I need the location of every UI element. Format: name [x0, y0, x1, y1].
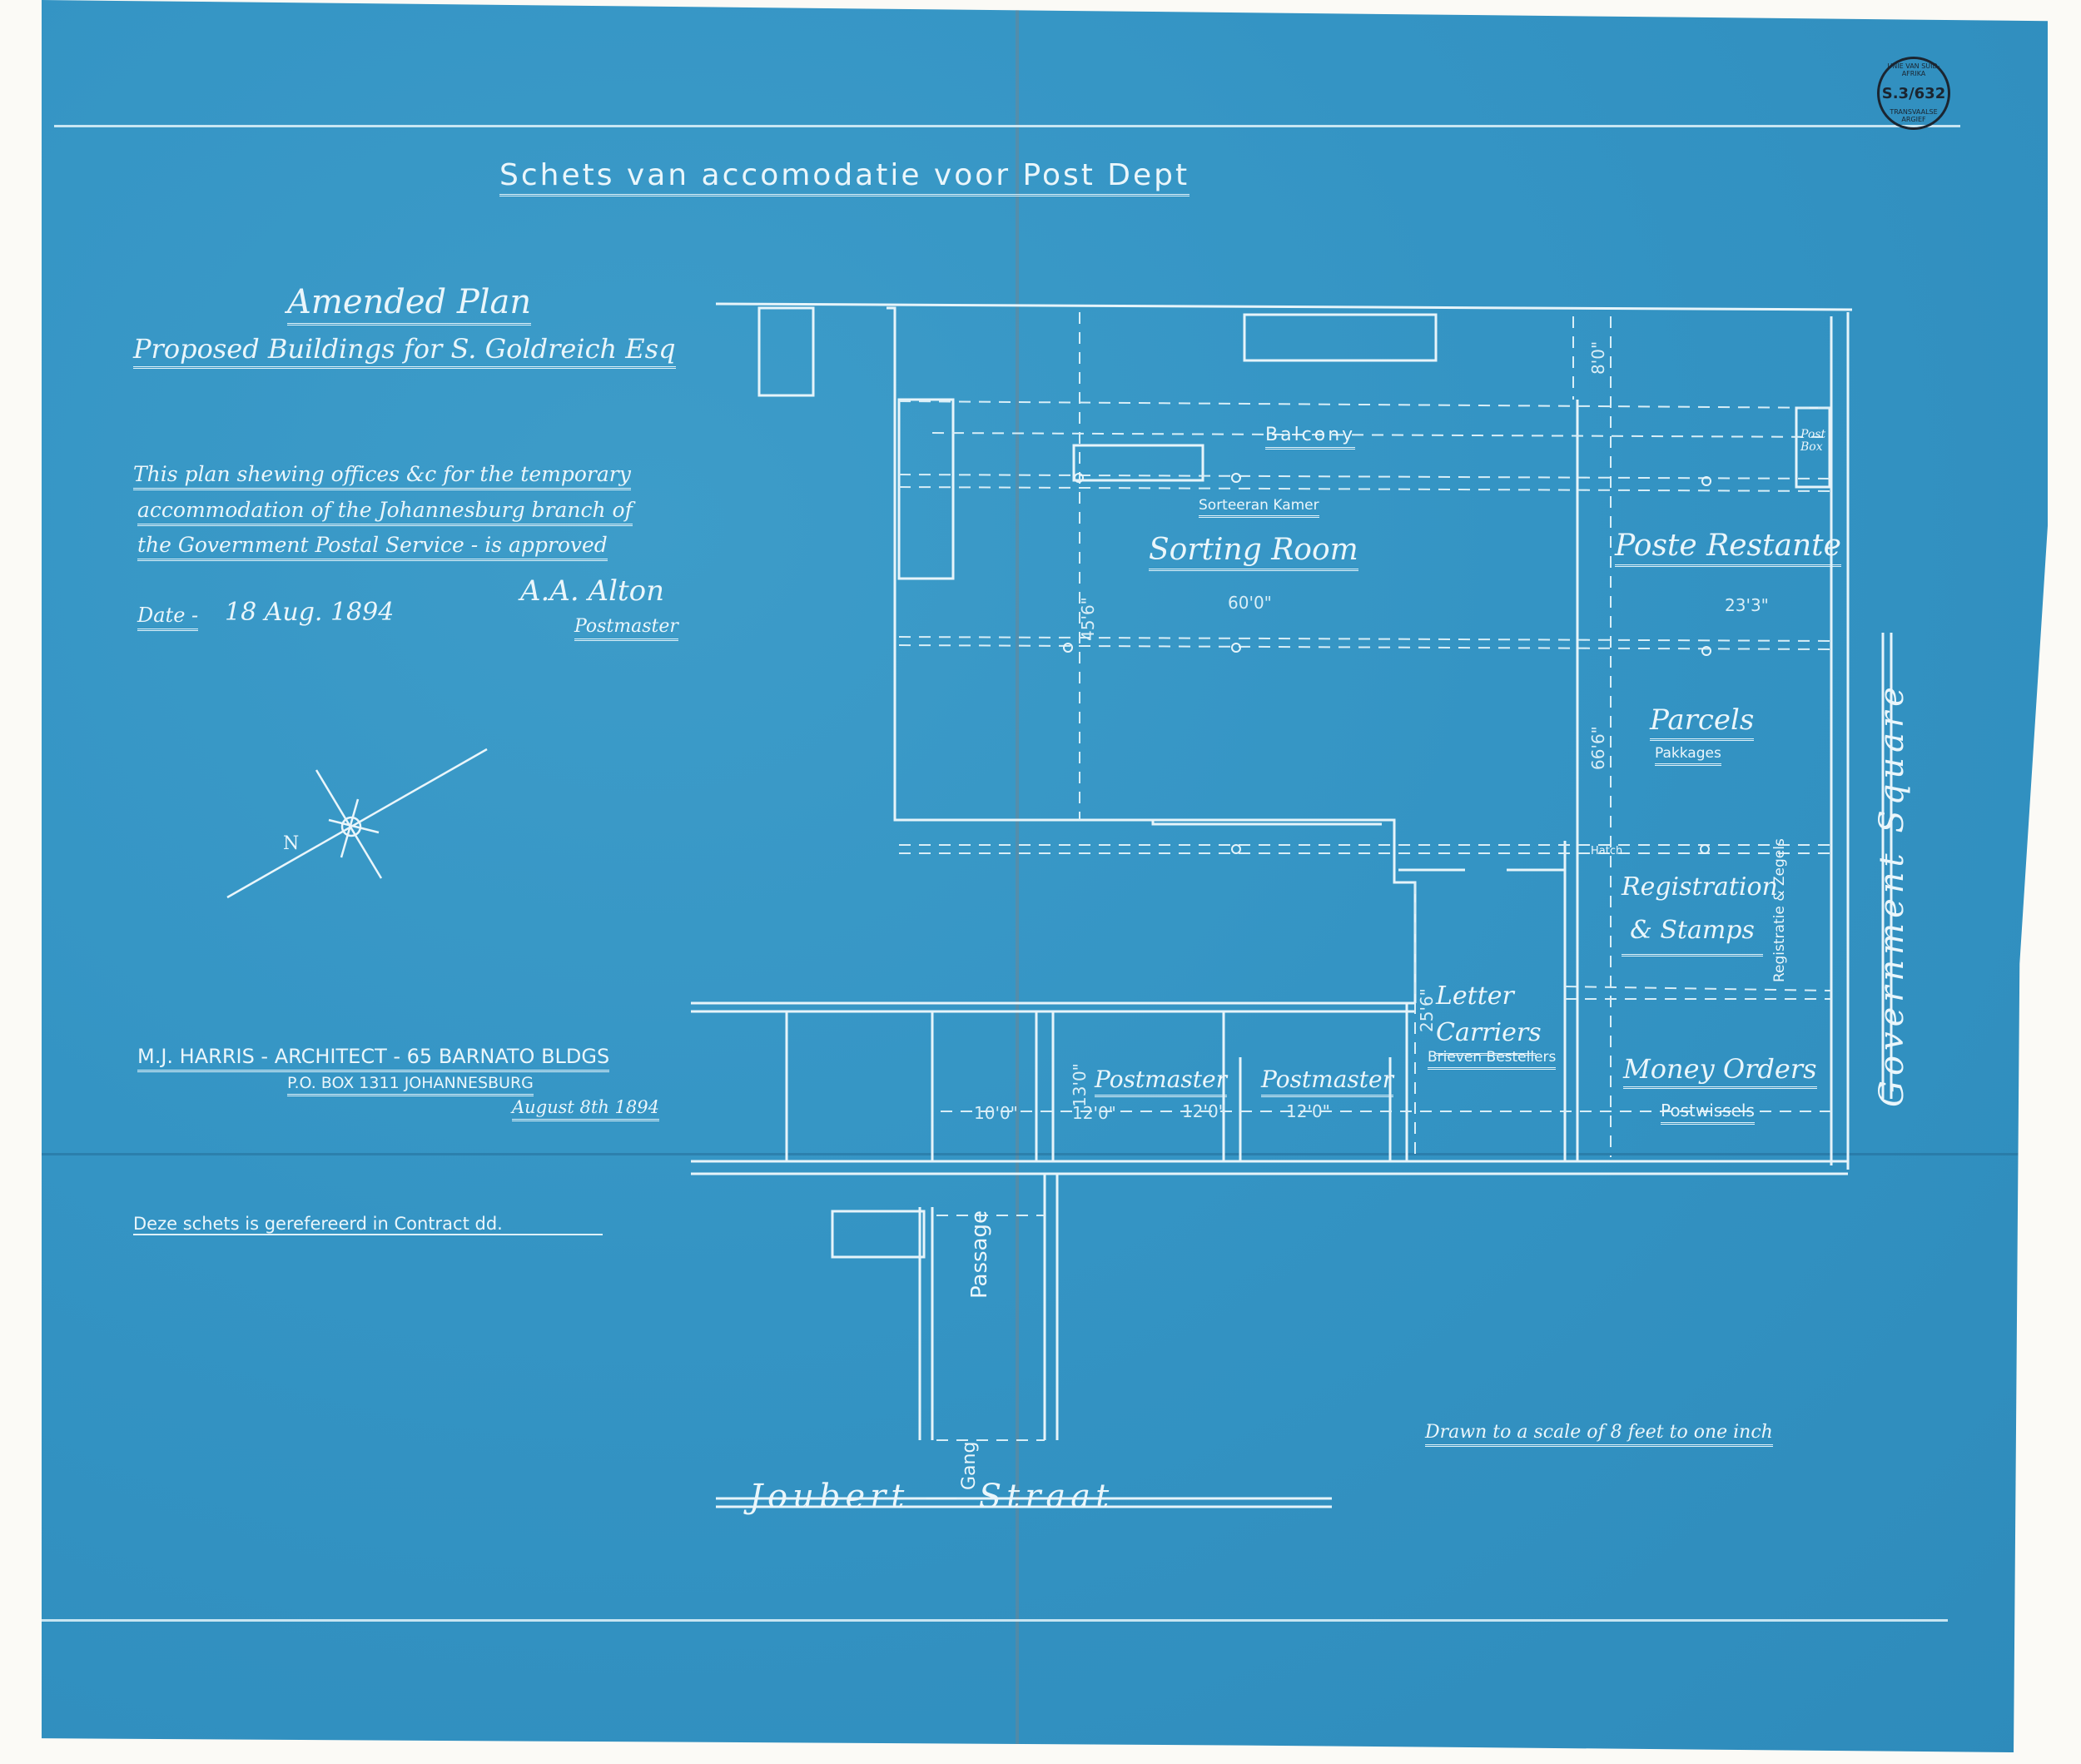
room-label-sorting-room: Sorting Room	[1149, 533, 1358, 571]
room-label-registration: Registration & Stamps	[1622, 866, 1763, 957]
dim-letter-depth: 25'6"	[1417, 988, 1437, 1032]
room-label-postmaster-2: Postmaster	[1261, 1066, 1393, 1097]
room-label-letter-carriers-dutch: Brieven Bestellers	[1428, 1049, 1556, 1070]
dim-letter-width: 12'0"	[1286, 1101, 1330, 1121]
room-label-postmaster-1: Postmaster	[1095, 1066, 1227, 1097]
dim-postmaster1-width: 12'0"	[1072, 1103, 1116, 1123]
dim-postmaster2-width: 12'0"	[1182, 1101, 1226, 1121]
room-label-balcony: Balcony	[1265, 425, 1355, 450]
room-label-passage: Passage	[967, 1210, 992, 1299]
room-label-registration-dutch: Registratie & Zegels	[1771, 838, 1788, 982]
dim-parcels-depth: 66'6"	[1588, 726, 1608, 770]
dim-passage-width: 10'0"	[974, 1103, 1018, 1123]
street-label-joubert: Joubert — Straat	[749, 1478, 1114, 1516]
room-label-money-orders: Money Orders	[1623, 1053, 1817, 1089]
room-label-letter-carriers: Letter Carriers	[1436, 978, 1536, 1056]
dim-balcony-depth: 8'0"	[1588, 341, 1608, 375]
room-label-parcels: Parcels	[1650, 703, 1754, 741]
room-label-post-box: Post Box	[1800, 429, 1827, 454]
dim-poste-restante-width: 23'3"	[1725, 595, 1769, 615]
room-label-poste-restante: Poste Restante	[1615, 529, 1841, 567]
room-label-sorting-dutch: Sorteeran Kamer	[1199, 497, 1319, 518]
dim-sorting-depth: 45'6"	[1078, 597, 1098, 641]
room-label-parcels-dutch: Pakkages	[1655, 745, 1721, 766]
room-label-money-orders-dutch: Postwissels	[1661, 1101, 1755, 1125]
dim-sorting-width: 60'0"	[1228, 593, 1272, 613]
hatch-label: Hatch	[1591, 845, 1622, 857]
dim-postmaster-depth: 13'0"	[1070, 1063, 1090, 1107]
street-label-government-square: Government Square	[1873, 682, 1911, 1107]
